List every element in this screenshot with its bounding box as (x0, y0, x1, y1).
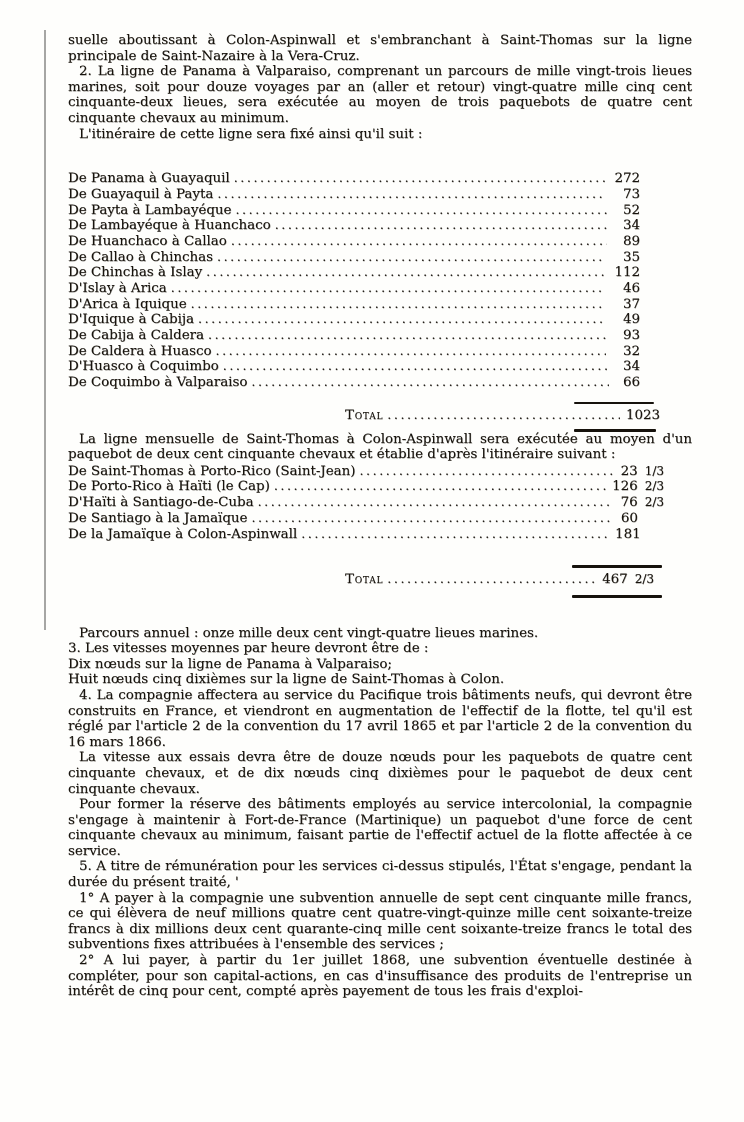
monthly-total-block: Total 467 2/3 (68, 565, 692, 597)
total-label: Total (345, 408, 383, 424)
distance-value: 35 (612, 250, 640, 266)
dot-leader (171, 280, 604, 297)
table-row: De Chinchas à Islay 112 (68, 264, 692, 280)
table-row: D'Haïti à Santiago-de-Cuba 76 2/3 (68, 494, 692, 510)
dot-leader (217, 186, 606, 203)
dot-leader (235, 202, 607, 219)
dot-leader (387, 407, 620, 424)
paragraph-subvention-2: 2° A lui payer, à partir du 1er juillet … (68, 953, 692, 1000)
distance-fraction: 2/3 (638, 479, 664, 495)
distance-value: 181 (615, 527, 641, 543)
distance-value: 126 (612, 479, 638, 495)
table-row: De Payta à Lambayéque 52 (68, 202, 692, 218)
route-label: D'Huasco à Coquimbo (68, 359, 219, 375)
total-rule-top (574, 402, 654, 404)
total-rule-top (572, 565, 662, 568)
speed-panama-line: Dix nœuds sur la ligne de Panama à Valpa… (68, 657, 692, 673)
total-rule-bottom (572, 595, 662, 597)
dot-leader (251, 510, 610, 527)
table-row: De Huanchaco à Callao 89 (68, 233, 692, 249)
distance-value: 66 (615, 375, 640, 391)
route-label: D'Iquique à Cabija (68, 312, 194, 328)
paragraph-article-4: 4. La compagnie affectera au service du … (68, 688, 692, 750)
table-row: De la Jamaïque à Colon-Aspinwall 181 (68, 526, 692, 542)
paragraph-trial-speed: La vitesse aux essais devra être de douz… (68, 750, 692, 797)
page-content: suelle aboutissant à Colon-Aspinwall et … (68, 33, 692, 1000)
itinerary-total-block: Total 1023 (68, 402, 692, 432)
route-label: De Cabija à Caldera (68, 328, 204, 344)
document-page: suelle aboutissant à Colon-Aspinwall et … (0, 0, 744, 1122)
table-row: De Lambayéque à Huanchaco 34 (68, 217, 692, 233)
dot-leader (206, 264, 605, 281)
itinerary-heading: L'itinéraire de cette ligne sera fixé ai… (68, 127, 692, 143)
table-row: De Santiago à la Jamaïque 60 (68, 510, 692, 526)
lower-text-block: Parcours annuel : onze mille deux cent v… (68, 626, 692, 1000)
route-label: De Huanchaco à Callao (68, 234, 227, 250)
distance-value: 60 (617, 511, 638, 527)
route-label: De Lambayéque à Huanchaco (68, 218, 271, 234)
table-row: De Cabija à Caldera 93 (68, 327, 692, 343)
distance-value: 37 (611, 297, 640, 313)
table-row: De Coquimbo à Valparaiso 66 (68, 374, 692, 390)
route-label: De Caldera à Huasco (68, 344, 212, 360)
total-fraction: 2/3 (628, 572, 654, 588)
left-margin-rule (44, 30, 46, 630)
paragraph-article-2: 2. La ligne de Panama à Valparaiso, comp… (68, 64, 692, 126)
table-row: De Panama à Guayaquil 272 (68, 170, 692, 186)
table-row: D'Islay à Arica 46 (68, 280, 692, 296)
route-label: D'Islay à Arica (68, 281, 167, 297)
route-label: De Payta à Lambayéque (68, 203, 231, 219)
distance-value: 46 (609, 281, 640, 297)
itinerary-table: De Panama à Guayaquil 272 De Guayaquil à… (68, 170, 692, 390)
distance-fraction: 2/3 (638, 495, 664, 511)
monthly-line-intro: La ligne mensuelle de Saint-Thomas à Col… (68, 432, 692, 463)
paragraph-subvention-1: 1° A payer à la compagnie une subvention… (68, 891, 692, 953)
distance-value: 73 (612, 187, 640, 203)
distance-value: 23 (621, 464, 638, 480)
distance-value: 34 (616, 218, 640, 234)
distance-value: 49 (611, 312, 640, 328)
route-label: De Guayaquil à Payta (68, 187, 213, 203)
distance-value: 76 (617, 495, 638, 511)
total-value: 467 (602, 572, 628, 588)
route-label: De Porto-Rico à Haïti (le Cap) (68, 479, 270, 495)
table-row: D'Arica à Iquique 37 (68, 296, 692, 312)
monthly-line-table: De Saint-Thomas à Porto-Rico (Saint-Jean… (68, 463, 692, 541)
distance-value: 32 (612, 344, 640, 360)
dot-leader (216, 343, 607, 360)
dot-leader (208, 327, 606, 344)
distance-value: 272 (613, 171, 640, 187)
annual-distance-note: Parcours annuel : onze mille deux cent v… (68, 626, 692, 642)
route-label: D'Haïti à Santiago-de-Cuba (68, 495, 254, 511)
table-row: D'Iquique à Cabija 49 (68, 311, 692, 327)
dot-leader (198, 311, 605, 328)
dot-leader (387, 571, 596, 588)
route-label: De la Jamaïque à Colon-Aspinwall (68, 527, 297, 543)
distance-value: 93 (612, 328, 640, 344)
distance-value: 89 (613, 234, 640, 250)
total-row: Total 1023 (68, 407, 692, 424)
total-value: 1023 (626, 408, 660, 424)
table-row: De Saint-Thomas à Porto-Rico (Saint-Jean… (68, 463, 692, 479)
paragraph-reserve-fleet: Pour former la réserve des bâtiments emp… (68, 797, 692, 859)
dot-leader (275, 217, 610, 234)
dot-leader (359, 463, 614, 480)
table-row: De Caldera à Huasco 32 (68, 343, 692, 359)
route-label: D'Arica à Iquique (68, 297, 187, 313)
table-row: De Porto-Rico à Haïti (le Cap) 126 2/3 (68, 478, 692, 494)
dot-leader (191, 296, 605, 313)
distance-value: 52 (614, 203, 640, 219)
paragraph-article-3: 3. Les vitesses moyennes par heure devro… (68, 641, 692, 657)
dot-leader (251, 374, 608, 391)
distance-fraction: 1/3 (638, 464, 664, 480)
table-row: De Guayaquil à Payta 73 (68, 186, 692, 202)
route-label: De Panama à Guayaquil (68, 171, 230, 187)
total-label: Total (345, 572, 383, 588)
dot-leader (258, 494, 612, 511)
route-label: De Santiago à la Jamaïque (68, 511, 247, 527)
route-label: De Saint-Thomas à Porto-Rico (Saint-Jean… (68, 464, 355, 480)
dot-leader (274, 478, 606, 495)
route-label: De Chinchas à Islay (68, 265, 202, 281)
distance-value: 112 (612, 265, 640, 281)
distance-value: 34 (613, 359, 640, 375)
paragraph-continuation: suelle aboutissant à Colon-Aspinwall et … (68, 33, 692, 64)
route-label: De Coquimbo à Valparaiso (68, 375, 247, 391)
total-row: Total 467 2/3 (68, 571, 692, 588)
route-label: De Callao à Chinchas (68, 250, 213, 266)
dot-leader (223, 358, 607, 375)
speed-saint-thomas-line: Huit nœuds cinq dixièmes sur la ligne de… (68, 672, 692, 688)
dot-leader (301, 526, 609, 543)
dot-leader (231, 233, 607, 250)
table-row: De Callao à Chinchas 35 (68, 249, 692, 265)
table-row: D'Huasco à Coquimbo 34 (68, 358, 692, 374)
dot-leader (234, 170, 608, 187)
paragraph-article-5: 5. A titre de rémunération pour les serv… (68, 859, 692, 890)
dot-leader (217, 249, 606, 266)
